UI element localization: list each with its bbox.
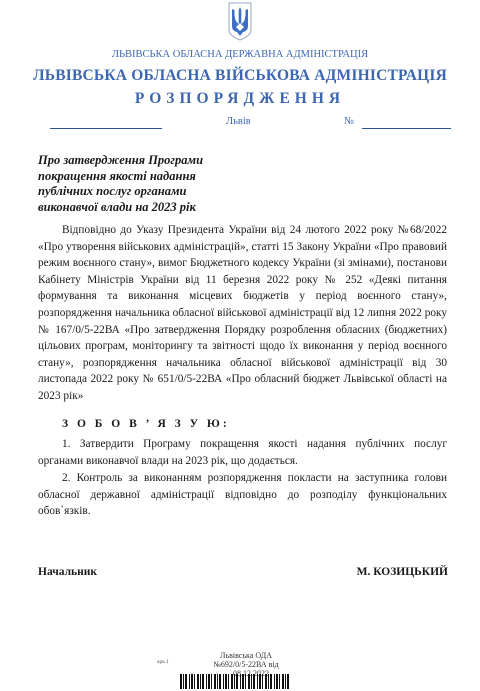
document-type-heading: РОЗПОРЯДЖЕННЯ bbox=[0, 90, 480, 108]
signatory-role: Начальник bbox=[38, 566, 97, 578]
document-title: Про затвердження Програми покращення яко… bbox=[38, 153, 238, 215]
order-item-1: 1. Затвердити Програму покращення якості… bbox=[38, 436, 447, 469]
sheet-mark: арк.1 bbox=[157, 659, 169, 665]
military-administration-heading: ЛЬВІВСЬКА ОБЛАСНА ВІЙСЬКОВА АДМІНІСТРАЦІ… bbox=[0, 67, 480, 85]
ukraine-trident-emblem-icon bbox=[227, 2, 253, 41]
place-label: Львів bbox=[226, 116, 251, 127]
barcode-icon bbox=[180, 674, 290, 689]
state-administration-heading: ЛЬВІВСЬКА ОБЛАСНА ДЕРЖАВНА АДМІНІСТРАЦІЯ bbox=[0, 49, 480, 60]
signatory-name: М. КОЗИЦЬКИЙ bbox=[357, 566, 448, 578]
stamp-number: №692/0/5-22ВА від bbox=[196, 660, 296, 669]
order-item-2: 2. Контроль за виконанням розпорядження … bbox=[38, 470, 447, 520]
number-sign: № bbox=[344, 116, 354, 127]
obligation-heading: З О Б О В ’ Я З У Ю: bbox=[62, 418, 230, 430]
stamp-org: Львівська ОДА bbox=[196, 651, 296, 660]
preamble-paragraph: Відповідно до Указу Президента України в… bbox=[38, 222, 447, 405]
number-field-line bbox=[362, 128, 451, 129]
date-field-line bbox=[50, 128, 162, 129]
